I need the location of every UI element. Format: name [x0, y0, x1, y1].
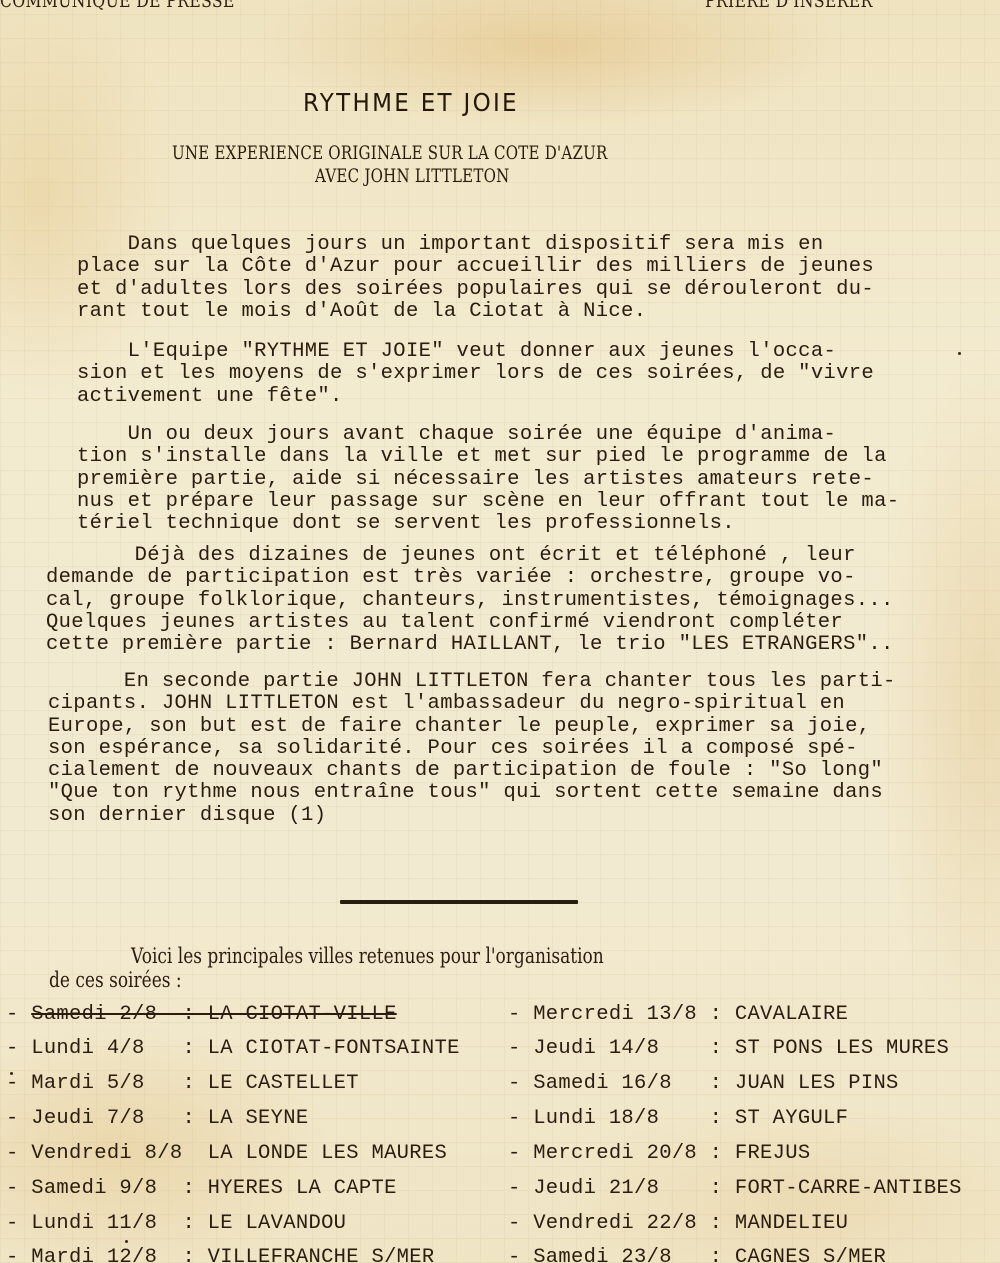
schedule-entry-text: Mardi 12/8 : VILLEFRANCHE S/MER — [31, 1246, 434, 1263]
paragraph-line: et d'adultes lors des soirées populaires… — [77, 279, 874, 301]
schedule-entry-right: - Lundi 18/8 : ST AYGULF — [508, 1107, 848, 1130]
schedule-intro-line-1: Voici les principales villes retenues po… — [131, 944, 604, 968]
header-right-label: PRIERE D'INSERER — [705, 0, 873, 12]
paragraph-line: demande de participation est très variée… — [46, 567, 894, 589]
ink-speck — [10, 1072, 13, 1075]
schedule-entry-left: - Samedi 9/8 : HYERES LA CAPTE — [6, 1177, 397, 1200]
list-dash: - — [6, 1107, 31, 1130]
paragraph-line: cialement de nouveaux chants de particip… — [48, 760, 896, 782]
paragraph-animation: Un ou deux jours avant chaque soirée une… — [77, 424, 899, 535]
paragraph-line: cal, groupe folklorique, chanteurs, inst… — [46, 590, 894, 612]
header-left-label: COMMUNIQUE DE PRESSE — [0, 0, 235, 12]
paragraph-line: Dans quelques jours un important disposi… — [77, 234, 874, 256]
schedule-entry-left: - Lundi 11/8 : LE LAVANDOU — [6, 1212, 346, 1235]
subtitle-line-1: UNE EXPERIENCE ORIGINALE SUR LA COTE D'A… — [172, 142, 608, 164]
schedule-entry-text: Vendredi 8/8 LA LONDE LES MAURES — [31, 1142, 447, 1165]
schedule-entry-left: - Samedi 2/8 : LA CIOTAT-VILLE — [6, 1003, 397, 1026]
schedule-intro-line-2: de ces soirées : — [49, 968, 182, 992]
list-dash: - — [6, 1003, 31, 1026]
paragraph-line: En seconde partie JOHN LITTLETON fera ch… — [48, 671, 896, 693]
schedule-entry-left: - Mardi 12/8 : VILLEFRANCHE S/MER — [6, 1246, 434, 1263]
list-dash: - — [6, 1177, 31, 1200]
document-title: RYTHME ET JOIE — [303, 88, 519, 117]
paragraph-line: activement une fête". — [77, 386, 874, 408]
schedule-entry-right: - Samedi 23/8 : CAGNES S/MER — [508, 1246, 886, 1263]
list-dash: - — [6, 1142, 31, 1165]
paragraph-line: cette première partie : Bernard HAILLANT… — [46, 634, 894, 656]
schedule-entry-left: - Jeudi 7/8 : LA SEYNE — [6, 1107, 308, 1130]
schedule-entry-text: Jeudi 7/8 : LA SEYNE — [31, 1107, 308, 1130]
paragraph-line: Un ou deux jours avant chaque soirée une… — [77, 424, 899, 446]
schedule-entry-text: Lundi 4/8 : LA CIOTAT-FONTSAINTE — [31, 1037, 459, 1060]
paragraph-line: rant tout le mois d'Août de la Ciotat à … — [77, 301, 874, 323]
list-dash: - — [6, 1037, 31, 1060]
schedule-entry-right: - Mercredi 13/8 : CAVALAIRE — [508, 1003, 848, 1026]
paragraph-line: "Que ton rythme nous entraîne tous" qui … — [48, 782, 896, 804]
subtitle-line-2: AVEC JOHN LITTLETON — [315, 165, 510, 187]
schedule-entry-right: - Jeudi 14/8 : ST PONS LES MURES — [508, 1037, 949, 1060]
schedule-entry-right: - Jeudi 21/8 : FORT-CARRE-ANTIBES — [508, 1177, 962, 1200]
schedule-entry-text: Mardi 5/8 : LE CASTELLET — [31, 1072, 359, 1095]
schedule-entry-text: Samedi 9/8 : HYERES LA CAPTE — [31, 1177, 396, 1200]
paragraph-line: Quelques jeunes artistes au talent confi… — [46, 612, 894, 634]
list-dash: - — [6, 1072, 31, 1095]
paragraph-participants: Déjà des dizaines de jeunes ont écrit et… — [46, 545, 894, 656]
paragraph-line: tériel technique dont se servent les pro… — [77, 513, 899, 535]
paragraph-intro: Dans quelques jours un important disposi… — [77, 234, 874, 323]
list-dash: - — [6, 1212, 31, 1235]
schedule-entry-right: - Samedi 16/8 : JUAN LES PINS — [508, 1072, 899, 1095]
paragraph-line: Europe, son but est de faire chanter le … — [48, 716, 896, 738]
schedule-entry-left: - Mardi 5/8 : LE CASTELLET — [6, 1072, 359, 1095]
ink-speck — [958, 352, 961, 355]
schedule-entry-left: - Vendredi 8/8 LA LONDE LES MAURES — [6, 1142, 447, 1165]
paragraph-line: tion s'installe dans la ville et met sur… — [77, 446, 899, 468]
schedule-entry-right: - Mercredi 20/8 : FREJUS — [508, 1142, 810, 1165]
schedule-entry-text: Lundi 11/8 : LE LAVANDOU — [31, 1212, 346, 1235]
schedule-entry-right: - Vendredi 22/8 : MANDELIEU — [508, 1212, 848, 1235]
paragraph-line: son dernier disque (1) — [48, 805, 896, 827]
ink-speck — [125, 1240, 128, 1243]
paragraph-line: première partie, aide si nécessaire les … — [77, 469, 899, 491]
paragraph-john-littleton: En seconde partie JOHN LITTLETON fera ch… — [48, 671, 896, 827]
paragraph-line: place sur la Côte d'Azur pour accueillir… — [77, 256, 874, 278]
paragraph-equipe: L'Equipe "RYTHME ET JOIE" veut donner au… — [77, 341, 874, 408]
paragraph-line: son espérance, sa solidarité. Pour ces s… — [48, 738, 896, 760]
paragraph-line: sion et les moyens de s'exprimer lors de… — [77, 363, 874, 385]
paragraph-line: cipants. JOHN LITTLETON est l'ambassadeu… — [48, 693, 896, 715]
section-divider — [340, 900, 578, 904]
paragraph-line: L'Equipe "RYTHME ET JOIE" veut donner au… — [77, 341, 874, 363]
schedule-entry-text: Samedi 2/8 : LA CIOTAT-VILLE — [31, 1003, 396, 1026]
schedule-entry-left: - Lundi 4/8 : LA CIOTAT-FONTSAINTE — [6, 1037, 460, 1060]
paragraph-line: Déjà des dizaines de jeunes ont écrit et… — [46, 545, 894, 567]
paragraph-line: nus et prépare leur passage sur scène en… — [77, 491, 899, 513]
list-dash: - — [6, 1246, 31, 1263]
